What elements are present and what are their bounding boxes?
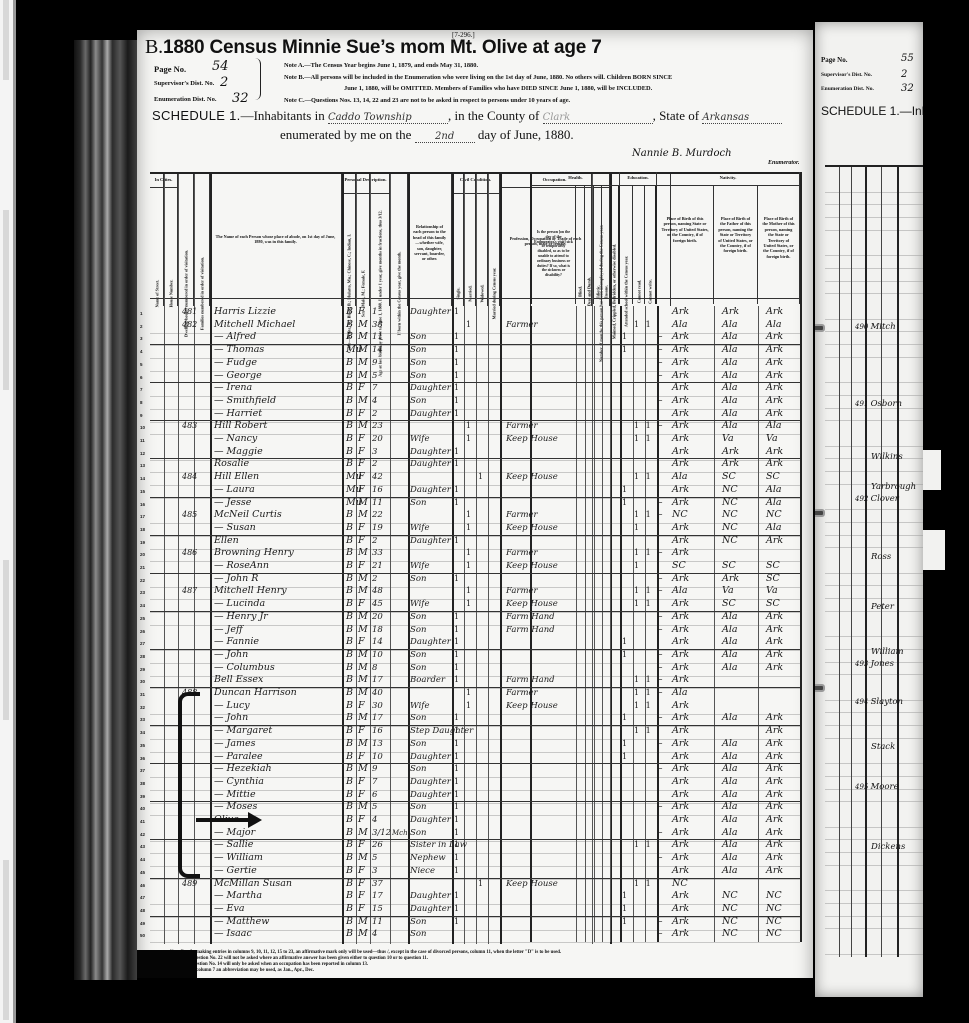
cell-mpob: Ark xyxy=(766,624,783,636)
next-page-entry: 493 Jones xyxy=(855,659,894,669)
cell-fpob: Ala xyxy=(722,370,738,382)
cell-name: — Irena xyxy=(214,382,354,394)
cell-name: — Cynthia xyxy=(214,776,354,788)
cell-single: 1 xyxy=(454,890,459,902)
cell-single: 1 xyxy=(454,712,459,724)
county-value: Clark xyxy=(543,112,653,124)
cell-name: Ellen xyxy=(214,535,354,547)
cell-occ: Keep House xyxy=(506,522,558,534)
cell-dash: – xyxy=(658,649,663,661)
cell-single: 1 xyxy=(454,446,459,458)
cell-age: 5 xyxy=(372,801,377,813)
cell-fpob: Ala xyxy=(722,738,738,750)
header-dwelling: Dwelling-houses numbered in order of vis… xyxy=(178,174,194,306)
cell-color: B xyxy=(346,814,353,826)
cell-dash: – xyxy=(658,573,663,585)
cell-color: B xyxy=(346,433,353,445)
cell-edu: 1 1 xyxy=(634,420,653,432)
table-row: 10483Hill RobertBM231Farmer1 1–ArkAlaAla xyxy=(150,420,800,433)
table-row: 2482Mitchell MichaelBM381Farmer1 1AlaAla… xyxy=(150,319,800,332)
cell-dash: – xyxy=(658,509,663,521)
table-row: 17485McNeil CurtisBM221Farmer1 1–NCNCNC xyxy=(150,509,800,522)
cell-age: 26 xyxy=(372,839,383,851)
cell-occ: Farmer xyxy=(506,420,538,432)
cell-fpob: Ark xyxy=(722,306,739,318)
cell-dash: – xyxy=(658,357,663,369)
cell-line: 8 xyxy=(140,397,143,409)
cell-sex: M xyxy=(358,357,368,369)
cell-dash: – xyxy=(658,497,663,509)
cell-name: — Maggie xyxy=(214,446,354,458)
cell-dash: – xyxy=(658,585,663,597)
cell-single: 1 xyxy=(454,484,459,496)
cell-dwelling: 481 xyxy=(182,306,197,318)
cell-sex: M xyxy=(358,687,368,699)
cell-sex: M xyxy=(358,370,368,382)
township-value: Caddo Township xyxy=(328,112,448,124)
cell-fpob: NC xyxy=(722,903,738,915)
cell-dash: – xyxy=(658,687,663,699)
cell-color: B xyxy=(346,725,353,737)
cell-sex: M xyxy=(358,712,368,724)
cell-name: — Hezekiah xyxy=(214,763,354,775)
next-page-name: Peter xyxy=(871,602,894,612)
cell-age: 9 xyxy=(372,357,377,369)
cell-occ: Farmer xyxy=(506,585,538,597)
cell-rel: Son xyxy=(410,801,426,813)
cell-pob: Ark xyxy=(672,522,689,534)
next-supervisor-value: 2 xyxy=(901,69,907,80)
cell-sex: M xyxy=(358,585,368,597)
cell-school: 1 xyxy=(622,916,627,928)
cell-sex: F xyxy=(358,382,365,394)
cell-name: — Fudge xyxy=(214,357,354,369)
cell-sex: M xyxy=(358,319,368,331)
cell-sex: F xyxy=(358,446,365,458)
cell-color: B xyxy=(346,408,353,420)
annotation-bracket xyxy=(178,692,200,878)
next-enumeration-label: Enumeration Dist. No. xyxy=(821,86,874,92)
cell-mpob: Ark xyxy=(766,814,783,826)
caption-text: 1880 Census Minnie Sue’s mom Mt. Olive a… xyxy=(163,37,602,58)
cell-mpob: Ark xyxy=(766,751,783,763)
next-page-entry: 491 Osborn xyxy=(855,399,902,409)
table-row: 28— JohnBM10Son11–ArkAlaArk xyxy=(150,649,800,662)
cell-sex: F xyxy=(358,560,365,572)
cell-rel: Step Daughter xyxy=(410,725,473,737)
cell-single: 1 xyxy=(454,535,459,547)
cell-name: — Alfred xyxy=(214,331,354,343)
cell-dash: – xyxy=(658,395,663,407)
cell-line: 1 xyxy=(140,308,143,320)
cell-name: Bell Essex xyxy=(214,674,354,686)
next-page-name: Clover xyxy=(871,494,899,504)
cell-edu: 1 1 xyxy=(634,725,653,737)
cell-color: B xyxy=(346,522,353,534)
cell-age: 11 xyxy=(372,497,383,509)
cell-sex: M xyxy=(358,395,368,407)
cell-dash: – xyxy=(658,624,663,636)
cell-single: 1 xyxy=(454,624,459,636)
form-code: [7-296.] xyxy=(452,31,475,39)
cell-dash: – xyxy=(658,801,663,813)
cell-color: B xyxy=(346,357,353,369)
cell-mpob: SC xyxy=(766,573,780,585)
cell-fpob: SC xyxy=(722,471,736,483)
cell-school: 1 xyxy=(622,331,627,343)
cell-age: 4 xyxy=(372,814,377,826)
cell-color: B xyxy=(346,763,353,775)
cell-widowed: 1 xyxy=(478,878,483,890)
cell-color: B xyxy=(346,674,353,686)
cell-name: — RoseAnn xyxy=(214,560,354,572)
cell-mpob: Ark xyxy=(766,344,783,356)
cell-sex: M xyxy=(358,547,368,559)
cell-name: — Nancy xyxy=(214,433,354,445)
next-page-dwelling: 493 xyxy=(855,660,871,668)
cell-fpob: NC xyxy=(722,916,738,928)
cell-fpob: NC xyxy=(722,890,738,902)
cell-line: 46 xyxy=(140,880,145,892)
cell-sex: M xyxy=(358,497,368,509)
table-row: 21— RoseAnnBF21Wife1Keep House1SCSCSC xyxy=(150,560,800,573)
caption-prefix: B. xyxy=(145,36,163,58)
cell-fpob: Ala xyxy=(722,789,738,801)
note-c: Note C.—Questions Nos. 13, 14, 22 and 23… xyxy=(284,95,804,107)
cell-dash: – xyxy=(658,331,663,343)
cell-sex: F xyxy=(358,471,365,483)
cell-name: Harris Lizzie xyxy=(214,306,354,318)
cell-mpob: Ark xyxy=(766,331,783,343)
cell-dash: – xyxy=(658,611,663,623)
next-page-name: Ross xyxy=(871,552,891,562)
month-year-text: day of June, 1880. xyxy=(478,127,574,142)
cell-pob: Ark xyxy=(672,497,689,509)
table-row: 33— JohnBM17Son11–ArkAlaArk xyxy=(150,712,800,725)
cell-school: 1 xyxy=(622,484,627,496)
cell-mpob: Ark xyxy=(766,408,783,420)
next-page-entry: Wilkins xyxy=(871,452,903,462)
header-group-text: Education. xyxy=(620,175,656,180)
cell-mpob: Ark xyxy=(766,852,783,864)
cell-mpob: Ark xyxy=(766,306,783,318)
next-page-entry: Stack xyxy=(871,742,895,752)
cell-rel: Son xyxy=(410,712,426,724)
header-house: House Number. xyxy=(164,174,178,306)
cell-pob: Ala xyxy=(672,471,688,483)
cell-age: 21 xyxy=(372,560,383,572)
cell-line: 9 xyxy=(140,410,143,422)
cell-color: B xyxy=(346,547,353,559)
cell-pob: Ark xyxy=(672,700,689,712)
table-row: 27— FannieBF14Daughter11ArkAlaArk xyxy=(150,636,800,649)
header-notes: Note A.—The Census Year begins June 1, 1… xyxy=(284,60,804,106)
cell-sex: M xyxy=(358,611,368,623)
cell-name: — Martha xyxy=(214,890,354,902)
cell-pob: Ark xyxy=(672,725,689,737)
cell-rel: Daughter xyxy=(410,458,451,470)
table-row: 20486Browning HenryBM331Farmer1 1–Ark xyxy=(150,547,800,560)
cell-sex: M xyxy=(358,331,368,343)
cell-fpob: Ala xyxy=(722,839,738,851)
cell-age: 16 xyxy=(372,725,383,737)
cell-mpob: Ark xyxy=(766,763,783,775)
cell-fpob: Ala xyxy=(722,865,738,877)
cell-age: 15 xyxy=(372,903,383,915)
cell-single: 1 xyxy=(454,674,459,686)
cell-dash: – xyxy=(658,674,663,686)
cell-married: 1 xyxy=(466,433,471,445)
cell-mpob: Ark xyxy=(766,649,783,661)
header-text: Insane. xyxy=(603,285,608,298)
cell-mpob: Ark xyxy=(766,662,783,674)
state-value: Arkansas xyxy=(702,112,782,124)
cell-name: — Gertie xyxy=(214,865,354,877)
cell-line: 40 xyxy=(140,803,145,815)
cell-name: Duncan Harrison xyxy=(214,687,354,699)
cell-age: 7 xyxy=(372,382,377,394)
cell-occ: Keep House xyxy=(506,433,558,445)
cell-pob: Ark xyxy=(672,331,689,343)
cell-color: B xyxy=(346,585,353,597)
next-supervisor-label: Supervisor's Dist. No. xyxy=(821,72,872,78)
cell-name: Hill Ellen xyxy=(214,471,354,483)
cell-line: 20 xyxy=(140,549,145,561)
cell-color: B xyxy=(346,865,353,877)
cell-edu: 1 1 xyxy=(634,598,653,610)
cell-school: 1 xyxy=(622,649,627,661)
cell-married: 1 xyxy=(466,509,471,521)
cell-single: 1 xyxy=(454,839,459,851)
enumerator-signature: Nannie B. Murdoch xyxy=(632,148,732,159)
cell-pob: Ark xyxy=(672,484,689,496)
cell-mpob: NC xyxy=(766,916,782,928)
table-row: 30Bell EssexBM17Boarder1Farm Hand1 1–Ark xyxy=(150,674,800,687)
cell-color: B xyxy=(346,319,353,331)
schedule-line: SCHEDULE 1.—Inhabitants in Caddo Townshi… xyxy=(152,108,782,124)
cell-rel: Nephew xyxy=(410,852,446,864)
cell-married: 1 xyxy=(466,700,471,712)
cell-fpob: Ala xyxy=(722,611,738,623)
cell-fpob: Ark xyxy=(722,573,739,585)
cell-rel: Son xyxy=(410,344,426,356)
next-page-name: William xyxy=(871,647,904,657)
cell-sex: M xyxy=(358,738,368,750)
next-page-dwelling: 495 xyxy=(855,783,871,791)
header-text: Place of Birth of the Mother of this per… xyxy=(762,216,795,259)
table-row: 12— MaggieBF3Daughter1ArkArkArk xyxy=(150,446,800,459)
cell-name: — Matthew xyxy=(214,916,354,928)
cell-pob: Ark xyxy=(672,916,689,928)
table-row: 23487Mitchell HenryBM481Farmer1 1–AlaVaV… xyxy=(150,585,800,598)
cell-age: 22 xyxy=(372,509,383,521)
cell-name: McMillan Susan xyxy=(214,878,354,890)
cell-line: 35 xyxy=(140,740,145,752)
page-number-label: Page No. xyxy=(154,64,186,74)
cell-mpob: Ark xyxy=(766,801,783,813)
cell-line: 33 xyxy=(140,714,145,726)
cell-mpob: NC xyxy=(766,903,782,915)
cell-name: McNeil Curtis xyxy=(214,509,354,521)
cell-line: 34 xyxy=(140,727,145,739)
cell-age: 7 xyxy=(372,776,377,788)
cell-edu: 1 xyxy=(634,522,641,534)
cell-dwelling: 486 xyxy=(182,547,197,559)
cell-color: B xyxy=(346,395,353,407)
cell-name: — Lucinda xyxy=(214,598,354,610)
cell-color: B xyxy=(346,331,353,343)
cell-pob: Ark xyxy=(672,624,689,636)
cell-age: 17 xyxy=(372,712,383,724)
cell-line: 32 xyxy=(140,702,145,714)
cell-sex: F xyxy=(358,903,365,915)
cell-mpob: Va xyxy=(766,433,778,445)
cell-name: — George xyxy=(214,370,354,382)
cell-dash: – xyxy=(658,827,663,839)
rule xyxy=(881,167,882,957)
cell-sex: M xyxy=(358,649,368,661)
cell-occ: Farmer xyxy=(506,547,538,559)
cell-single: 1 xyxy=(454,611,459,623)
cell-rel: Daughter xyxy=(410,535,451,547)
table-row: 11— NancyBF20Wife1Keep House1 1ArkVaVa xyxy=(150,433,800,446)
cell-rel: Son xyxy=(410,370,426,382)
header-married-year: Married during Census year. xyxy=(488,174,500,306)
cell-single: 1 xyxy=(454,382,459,394)
cell-sex: M xyxy=(358,420,368,432)
cell-single: 1 xyxy=(454,827,459,839)
cell-age: 5 xyxy=(372,370,377,382)
cell-color: B xyxy=(346,598,353,610)
table-row: 8— SmithfieldBM4Son1–ArkAlaArk xyxy=(150,395,800,408)
cell-rel: Wife xyxy=(410,522,429,534)
cell-pob: Ark xyxy=(672,712,689,724)
cell-single: 1 xyxy=(454,725,459,737)
cell-pob: Ark xyxy=(672,865,689,877)
cell-sex: F xyxy=(358,535,365,547)
cell-school: 1 xyxy=(622,344,627,356)
cell-sex: M xyxy=(358,344,368,356)
supervisor-district-value: 2 xyxy=(220,75,228,90)
cell-fpob: Ala xyxy=(722,776,738,788)
cell-age: 11 xyxy=(372,331,383,343)
cell-rel: Wife xyxy=(410,560,429,572)
table-row: 1481Harris LizzieBF1Daughter1ArkArkArk xyxy=(150,306,800,319)
cell-edu: 1 1 xyxy=(634,700,653,712)
cell-fpob: Ala xyxy=(722,852,738,864)
cell-age: 10 xyxy=(372,751,383,763)
cell-fpob: Ala xyxy=(722,751,738,763)
cell-name: — Jesse xyxy=(214,497,354,509)
cell-pob: Ark xyxy=(672,662,689,674)
note-g: Note G.—In column 7 an abbreviation may … xyxy=(170,968,790,974)
cell-age: 17 xyxy=(372,890,383,902)
cell-line: 17 xyxy=(140,511,145,523)
cell-dwelling: 487 xyxy=(182,585,197,597)
cell-rel: Daughter xyxy=(410,446,451,458)
cell-age: 42 xyxy=(372,471,383,483)
next-page-entry: Yarbrough xyxy=(871,482,916,492)
cell-line: 19 xyxy=(140,537,145,549)
cell-name: — Major xyxy=(214,827,354,839)
cell-married: 1 xyxy=(466,522,471,534)
cell-dash: – xyxy=(658,344,663,356)
header-street: Name of Street. xyxy=(150,174,164,306)
cell-pob: Ark xyxy=(672,903,689,915)
table-row: 5— FudgeBM9Son1–ArkAlaArk xyxy=(150,357,800,370)
cell-pob: NC xyxy=(672,878,688,890)
header-school: Attended school within the Census year. xyxy=(620,186,633,304)
cell-pob: Ark xyxy=(672,535,689,547)
header-nativity-group: Nativity. xyxy=(657,172,800,186)
cell-pob: Ark xyxy=(672,789,689,801)
cell-single: 1 xyxy=(454,306,459,318)
cell-rel: Son xyxy=(410,827,426,839)
cell-rel: Son xyxy=(410,763,426,775)
cell-fpob: Ala xyxy=(722,344,738,356)
cell-occ: Farm Hand xyxy=(506,611,555,623)
cell-mpob: SC xyxy=(766,560,780,572)
cell-mpob: Ark xyxy=(766,865,783,877)
table-row: 50— IsaacBM4Son–ArkNCNC xyxy=(150,928,800,941)
rule xyxy=(839,167,840,957)
table-row: 14484Hill EllenMuF421Keep House1 1AlaSCS… xyxy=(150,471,800,484)
header-widowed: Widowed. xyxy=(476,174,488,306)
cell-name: Mitchell Michael xyxy=(214,319,354,331)
cell-single: 1 xyxy=(454,662,459,674)
cell-edu: 1 1 xyxy=(634,509,653,521)
cell-rel: Daughter xyxy=(410,382,451,394)
cell-age: 9 xyxy=(372,763,377,775)
cell-color: B xyxy=(346,382,353,394)
cell-single: 1 xyxy=(454,636,459,648)
cell-line: 50 xyxy=(140,930,145,942)
cell-sex: F xyxy=(358,878,365,890)
cell-sex: F xyxy=(358,458,365,470)
header-father-pob: Place of Birth of the Father of this per… xyxy=(714,186,758,304)
header-health-group: Health. xyxy=(530,172,620,186)
cell-mpob: Ark xyxy=(766,839,783,851)
cell-pob: Ala xyxy=(672,319,688,331)
cell-pob: Ark xyxy=(672,890,689,902)
cell-age: 3 xyxy=(372,446,377,458)
cell-name: — Thomas xyxy=(214,344,354,356)
cell-rel: Son xyxy=(410,611,426,623)
next-page-partial: Page No. 55 Supervisor's Dist. No. 2 Enu… xyxy=(815,22,923,997)
cell-pob: Ark xyxy=(672,827,689,839)
cell-color: B xyxy=(346,751,353,763)
next-page-entry: 494 Slayton xyxy=(855,697,903,707)
cell-line: 37 xyxy=(140,765,145,777)
enumeration-district-label: Enumeration Dist. No. xyxy=(154,96,216,103)
cell-fpob: SC xyxy=(722,598,736,610)
next-page-name: Slayton xyxy=(871,697,903,707)
header-text: Blind. xyxy=(578,286,583,297)
cell-pob: Ark xyxy=(672,839,689,851)
cell-rel: Wife xyxy=(410,598,429,610)
table-row: 36— ParaleeBF10Daughter11ArkAlaArk xyxy=(150,751,800,764)
cell-rel: Son xyxy=(410,497,426,509)
cell-mpob: Ark xyxy=(766,382,783,394)
table-row: 7— IrenaBF7Daughter1ArkAlaArk xyxy=(150,382,800,395)
edge-segment xyxy=(3,0,9,80)
cell-line: 38 xyxy=(140,778,145,790)
cell-sex: M xyxy=(358,662,368,674)
cell-color: B xyxy=(346,420,353,432)
cell-fpob: Ala xyxy=(722,357,738,369)
cell-age: 10 xyxy=(372,649,383,661)
cell-color: B xyxy=(346,839,353,851)
